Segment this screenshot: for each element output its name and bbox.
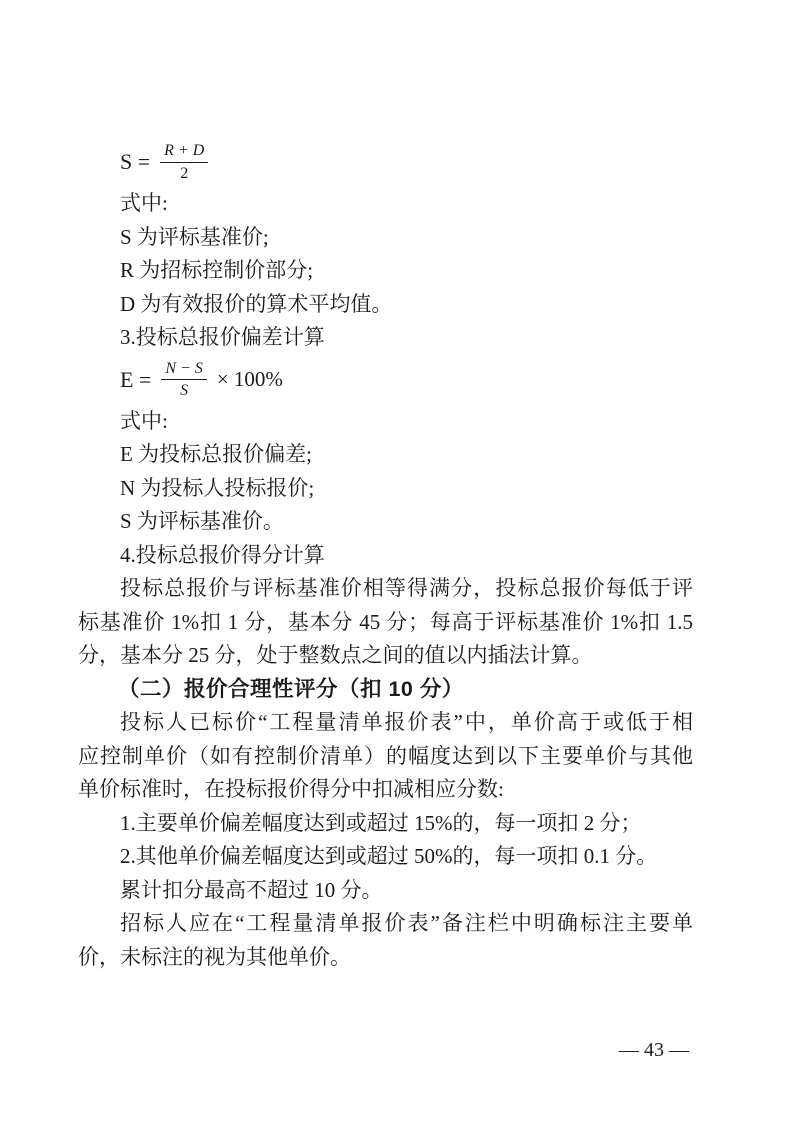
fraction-denominator: S: [161, 379, 206, 400]
paragraph-score-calculation: 投标总报价与评标基准价相等得满分，投标总报价每低于评 标基准价 1%扣 1 分，…: [78, 572, 693, 673]
formula-lhs: E =: [120, 367, 151, 393]
definition-e: E 为投标总报价偏差;: [78, 438, 693, 472]
paragraph-rationality-rules: 投标人已标价“工程量清单报价表”中，单价高于或低于相 应控制单价（如有控制价清单…: [78, 706, 693, 807]
paragraph-line: 应控制单价（如有控制价清单）的幅度达到以下主要单价与其他: [78, 740, 693, 774]
definition-s2: S 为评标基准价。: [78, 505, 693, 539]
definition-n: N 为投标人投标报价;: [78, 472, 693, 506]
formula-legend-label: 式中:: [78, 405, 693, 439]
fraction: N − SS: [161, 359, 206, 400]
paragraph-line: 单价标准时，在投标报价得分中扣减相应分数:: [78, 773, 693, 807]
document-page: S = R + D2 式中: S 为评标基准价; R 为招标控制价部分; D 为…: [0, 0, 793, 1122]
fraction: R + D2: [160, 141, 208, 182]
page-number: — 43 —: [619, 1038, 689, 1062]
paragraph-line: 招标人应在“工程量清单报价表”备注栏中明确标注主要单: [78, 907, 693, 941]
formula-deviation: E = N − SS × 100%: [78, 355, 693, 405]
definition-r: R 为招标控制价部分;: [78, 254, 693, 288]
rule-max-deduction: 累计扣分最高不超过 10 分。: [78, 874, 693, 908]
fraction-numerator: R + D: [160, 141, 208, 161]
formula-lhs: S =: [120, 149, 150, 175]
rule-other-unit-price: 2.其他单价偏差幅度达到或超过 50%的，每一项扣 0.1 分。: [78, 840, 693, 874]
paragraph-line: 投标人已标价“工程量清单报价表”中，单价高于或低于相: [78, 706, 693, 740]
paragraph-line: 分，基本分 25 分，处于整数点之间的值以内插法计算。: [78, 639, 693, 673]
fraction-denominator: 2: [160, 162, 208, 183]
formula-suffix: × 100%: [217, 367, 283, 392]
paragraph-line: 价，未标注的视为其他单价。: [78, 941, 693, 975]
section-heading-price-rationality: （二）报价合理性评分（扣 10 分）: [78, 673, 693, 707]
fraction-numerator: N − S: [161, 359, 206, 379]
definition-s: S 为评标基准价;: [78, 221, 693, 255]
definition-d: D 为有效报价的算术平均值。: [78, 288, 693, 322]
formula-base-price: S = R + D2: [78, 137, 693, 187]
document-content: S = R + D2 式中: S 为评标基准价; R 为招标控制价部分; D 为…: [78, 137, 693, 974]
rule-main-unit-price: 1.主要单价偏差幅度达到或超过 15%的，每一项扣 2 分；: [78, 807, 693, 841]
paragraph-note: 招标人应在“工程量清单报价表”备注栏中明确标注主要单 价，未标注的视为其他单价。: [78, 907, 693, 974]
item-4-title: 4.投标总报价得分计算: [78, 539, 693, 573]
paragraph-line: 标基准价 1%扣 1 分，基本分 45 分；每高于评标基准价 1%扣 1.5: [78, 606, 693, 640]
item-3-title: 3.投标总报价偏差计算: [78, 321, 693, 355]
paragraph-line: 投标总报价与评标基准价相等得满分，投标总报价每低于评: [78, 572, 693, 606]
formula-legend-label: 式中:: [78, 187, 693, 221]
